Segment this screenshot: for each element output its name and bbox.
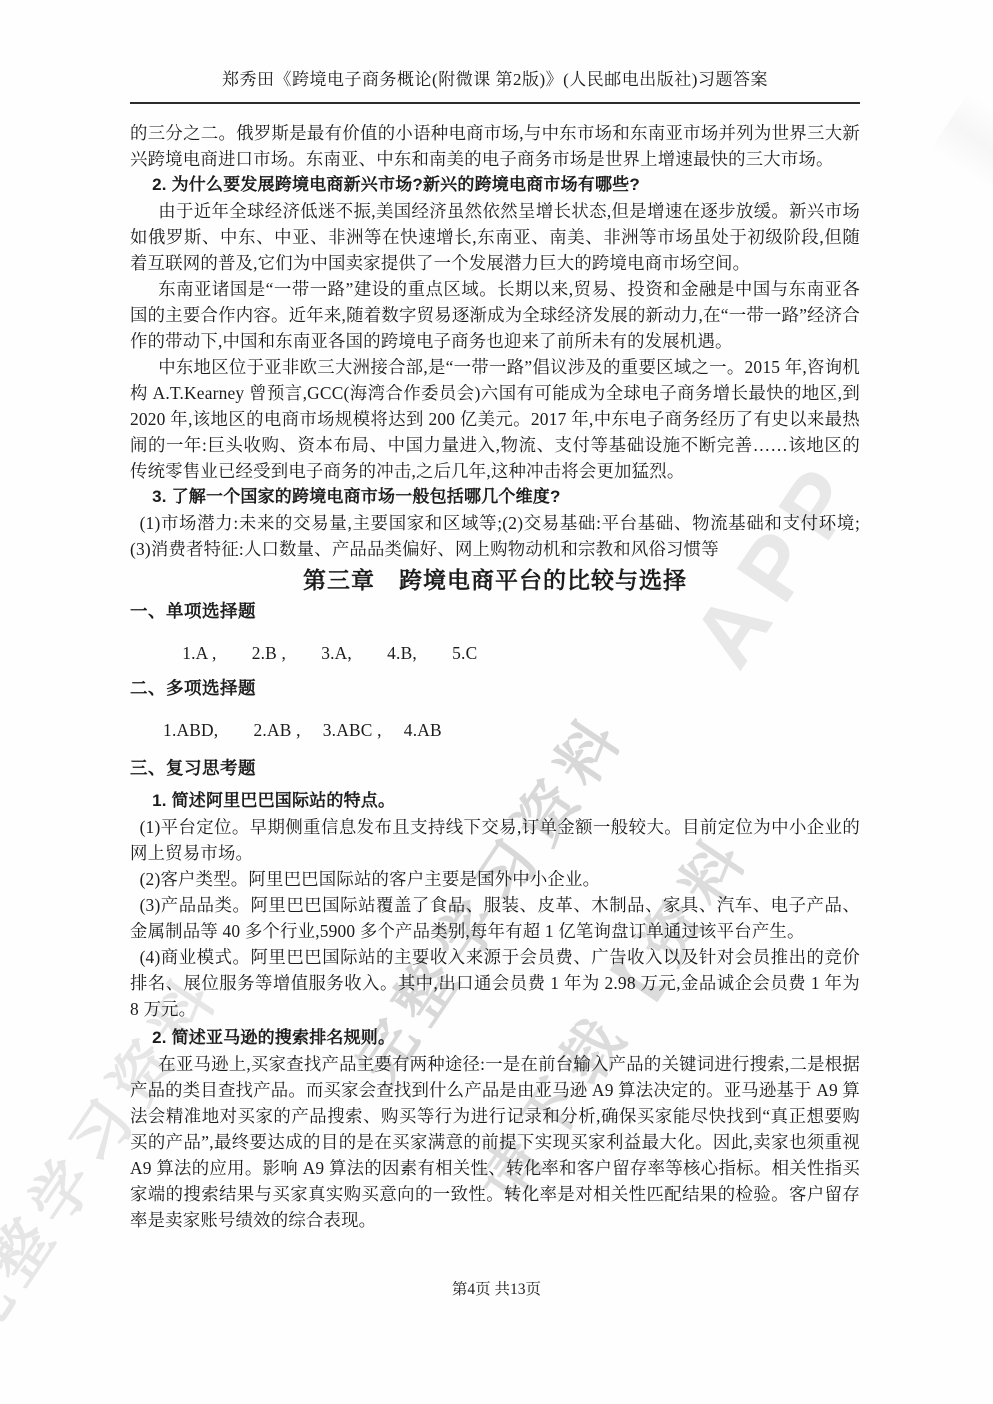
paragraph: (1)市场潜力:未来的交易量,主要国家和区域等;(2)交易基础:平台基础、物流基…	[130, 510, 860, 562]
review-question-2-heading: 2. 简述亚马逊的搜索排名规则。	[130, 1025, 860, 1051]
question-3-heading: 3. 了解一个国家的跨境电商市场一般包括哪几个维度?	[130, 484, 860, 510]
paragraph: 中东地区位于亚非欧三大洲接合部,是“一带一路”倡议涉及的重要区域之一。2015 …	[130, 354, 860, 484]
document-header: 郑秀田《跨境电子商务概论(附微课 第2版)》(人民邮电出版社)习题答案	[130, 0, 860, 104]
paragraph: (4)商业模式。阿里巴巴国际站的主要收入来源于会员费、广告收入以及针对会员推出的…	[130, 944, 860, 1022]
paragraph-continuation: 的三分之二。俄罗斯是最有价值的小语种电商市场,与中东市场和东南亚市场并列为世界三…	[130, 120, 860, 172]
page-content: 郑秀田《跨境电子商务概论(附微课 第2版)》(人民邮电出版社)习题答案 的三分之…	[130, 0, 860, 1233]
scan-streak	[930, 92, 993, 653]
paragraph: (2)客户类型。阿里巴巴国际站的客户主要是国外中小企业。	[130, 866, 860, 892]
paragraph: 由于近年全球经济低迷不振,美国经济虽然依然呈增长状态,但是增速在逐步放缓。新兴市…	[130, 198, 860, 276]
document-title: 郑秀田《跨境电子商务概论(附微课 第2版)》(人民邮电出版社)习题答案	[222, 70, 768, 89]
paragraph: (1)平台定位。早期侧重信息发布且支持线下交易,订单金额一般较大。目前定位为中小…	[130, 814, 860, 866]
section-heading-review: 三、复习思考题	[130, 755, 860, 781]
single-choice-answers: 1.A , 2.B , 3.A, 4.B, 5.C	[130, 640, 860, 666]
section-heading-multi-choice: 二、多项选择题	[130, 675, 860, 701]
page-number: 第4页 共13页	[0, 1277, 993, 1303]
paragraph: (3)产品品类。阿里巴巴国际站覆盖了食品、服装、皮革、木制品、家具、汽车、电子产…	[130, 892, 860, 944]
document-page: 完整学习资料 请下载【资料 完整学习资料 APP 郑秀田《跨境电子商务概论(附微…	[0, 0, 993, 1404]
multi-choice-answers: 1.ABD, 2.AB , 3.ABC , 4.AB	[130, 717, 860, 743]
question-2-heading: 2. 为什么要发展跨境电商新兴市场?新兴的跨境电商市场有哪些?	[130, 172, 860, 198]
body-text: 的三分之二。俄罗斯是最有价值的小语种电商市场,与中东市场和东南亚市场并列为世界三…	[130, 120, 860, 1233]
chapter-title: 第三章 跨境电商平台的比较与选择	[130, 562, 860, 598]
review-question-1-heading: 1. 简述阿里巴巴国际站的特点。	[130, 788, 860, 814]
section-heading-single-choice: 一、单项选择题	[130, 598, 860, 624]
paragraph: 东南亚诸国是“一带一路”建设的重点区域。长期以来,贸易、投资和金融是中国与东南亚…	[130, 276, 860, 354]
paragraph: 在亚马逊上,买家查找产品主要有两种途径:一是在前台输入产品的关键词进行搜索,二是…	[130, 1051, 860, 1233]
